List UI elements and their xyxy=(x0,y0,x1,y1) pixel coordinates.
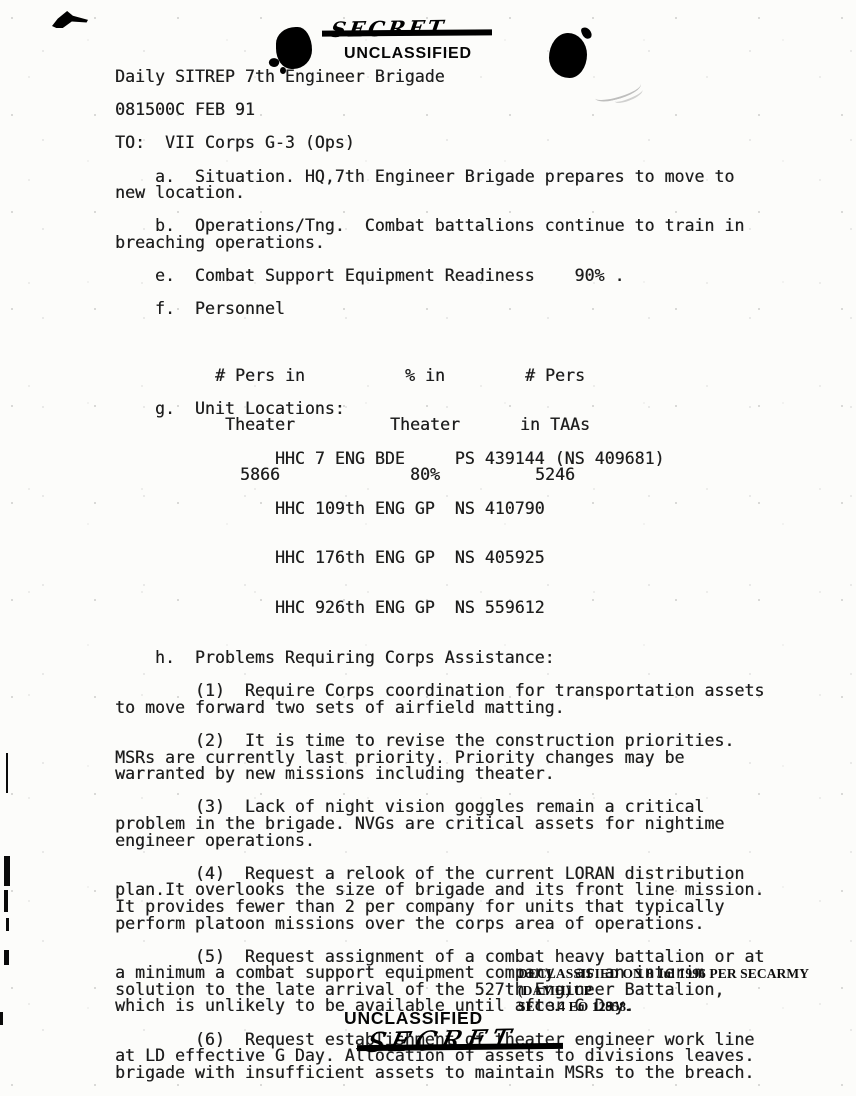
para-b-operations: b. Operations/Tng. Combat battalions con… xyxy=(115,218,815,251)
problem-4: (4) Request a relook of the current LORA… xyxy=(115,866,815,932)
personnel-col-pers-in-taas: # Pers in TAAs 5246 xyxy=(515,335,595,518)
unit-coords: NS 559612 xyxy=(455,598,545,617)
scan-artifact-mark xyxy=(6,753,8,793)
col-header: % in xyxy=(385,368,465,385)
col-value: 5246 xyxy=(515,467,595,484)
scan-artifact-mark xyxy=(4,950,9,965)
document-body: Daily SITREP 7th Engineer Brigade 081500… xyxy=(115,69,815,1096)
scan-artifact-mark xyxy=(4,856,10,886)
declassification-line: DECLASSIFIED ON 8 Jul 1996 PER SECARMY (… xyxy=(518,966,856,999)
secret-stamp-crossed-out: SECRET xyxy=(329,15,448,42)
declassification-stamp: DECLASSIFIED ON 8 Jul 1996 PER SECARMY (… xyxy=(518,966,856,1016)
unit-coords: NS 405925 xyxy=(455,548,545,567)
personnel-col-pers-in-theater: # Pers in Theater 5866 xyxy=(215,335,305,518)
scanned-document-page: SECRET UNCLASSIFIED Daily SITREP 7th Eng… xyxy=(0,0,856,1096)
date-time-group: 081500C FEB 91 xyxy=(115,102,815,119)
col-value: 80% xyxy=(385,467,465,484)
personnel-col-pct-in-theater: % in Theater 80% xyxy=(385,335,465,518)
strikethrough-line xyxy=(322,29,492,36)
ink-blot xyxy=(276,27,312,69)
para-a-situation: a. Situation. HQ,7th Engineer Brigade pr… xyxy=(115,169,815,202)
scan-artifact-mark xyxy=(6,918,9,931)
col-header: in TAAs xyxy=(515,417,595,434)
para-f-personnel-label: f. Personnel xyxy=(115,301,815,318)
problem-2: (2) It is time to revise the constructio… xyxy=(115,733,815,783)
arrowhead-mark xyxy=(52,11,88,28)
col-header: Theater xyxy=(385,417,465,434)
secret-stamp-crossed-out: SECRET xyxy=(363,1024,518,1059)
problem-3: (3) Lack of night vision goggles remain … xyxy=(115,799,815,849)
unit-name: HHC 176th ENG GP xyxy=(275,550,455,567)
scan-artifact-mark xyxy=(4,890,8,912)
para-h-problems-label: h. Problems Requiring Corps Assistance: xyxy=(115,650,815,667)
col-header: Theater xyxy=(215,417,305,434)
unit-name: HHC 926th ENG GP xyxy=(275,600,455,617)
col-value: 5866 xyxy=(215,467,305,484)
document-title: Daily SITREP 7th Engineer Brigade xyxy=(115,69,815,86)
para-e-equipment-readiness: e. Combat Support Equipment Readiness 90… xyxy=(115,268,815,285)
col-header: # Pers xyxy=(515,368,595,385)
problem-1: (1) Require Corps coordination for trans… xyxy=(115,683,815,716)
unclassified-stamp: UNCLASSIFIED xyxy=(344,45,472,63)
personnel-table: # Pers in Theater 5866 % in Theater 80% … xyxy=(115,335,815,385)
unit-location-row: HHC 926th ENG GPNS 559612 xyxy=(195,584,815,634)
declassification-line: SEC 3.4 EO 12958. xyxy=(518,999,856,1016)
scan-artifact-mark xyxy=(0,1012,3,1025)
to-line: TO: VII Corps G-3 (Ops) xyxy=(115,135,815,152)
unit-location-row: HHC 176th ENG GPNS 405925 xyxy=(195,534,815,584)
col-header: # Pers in xyxy=(215,368,305,385)
